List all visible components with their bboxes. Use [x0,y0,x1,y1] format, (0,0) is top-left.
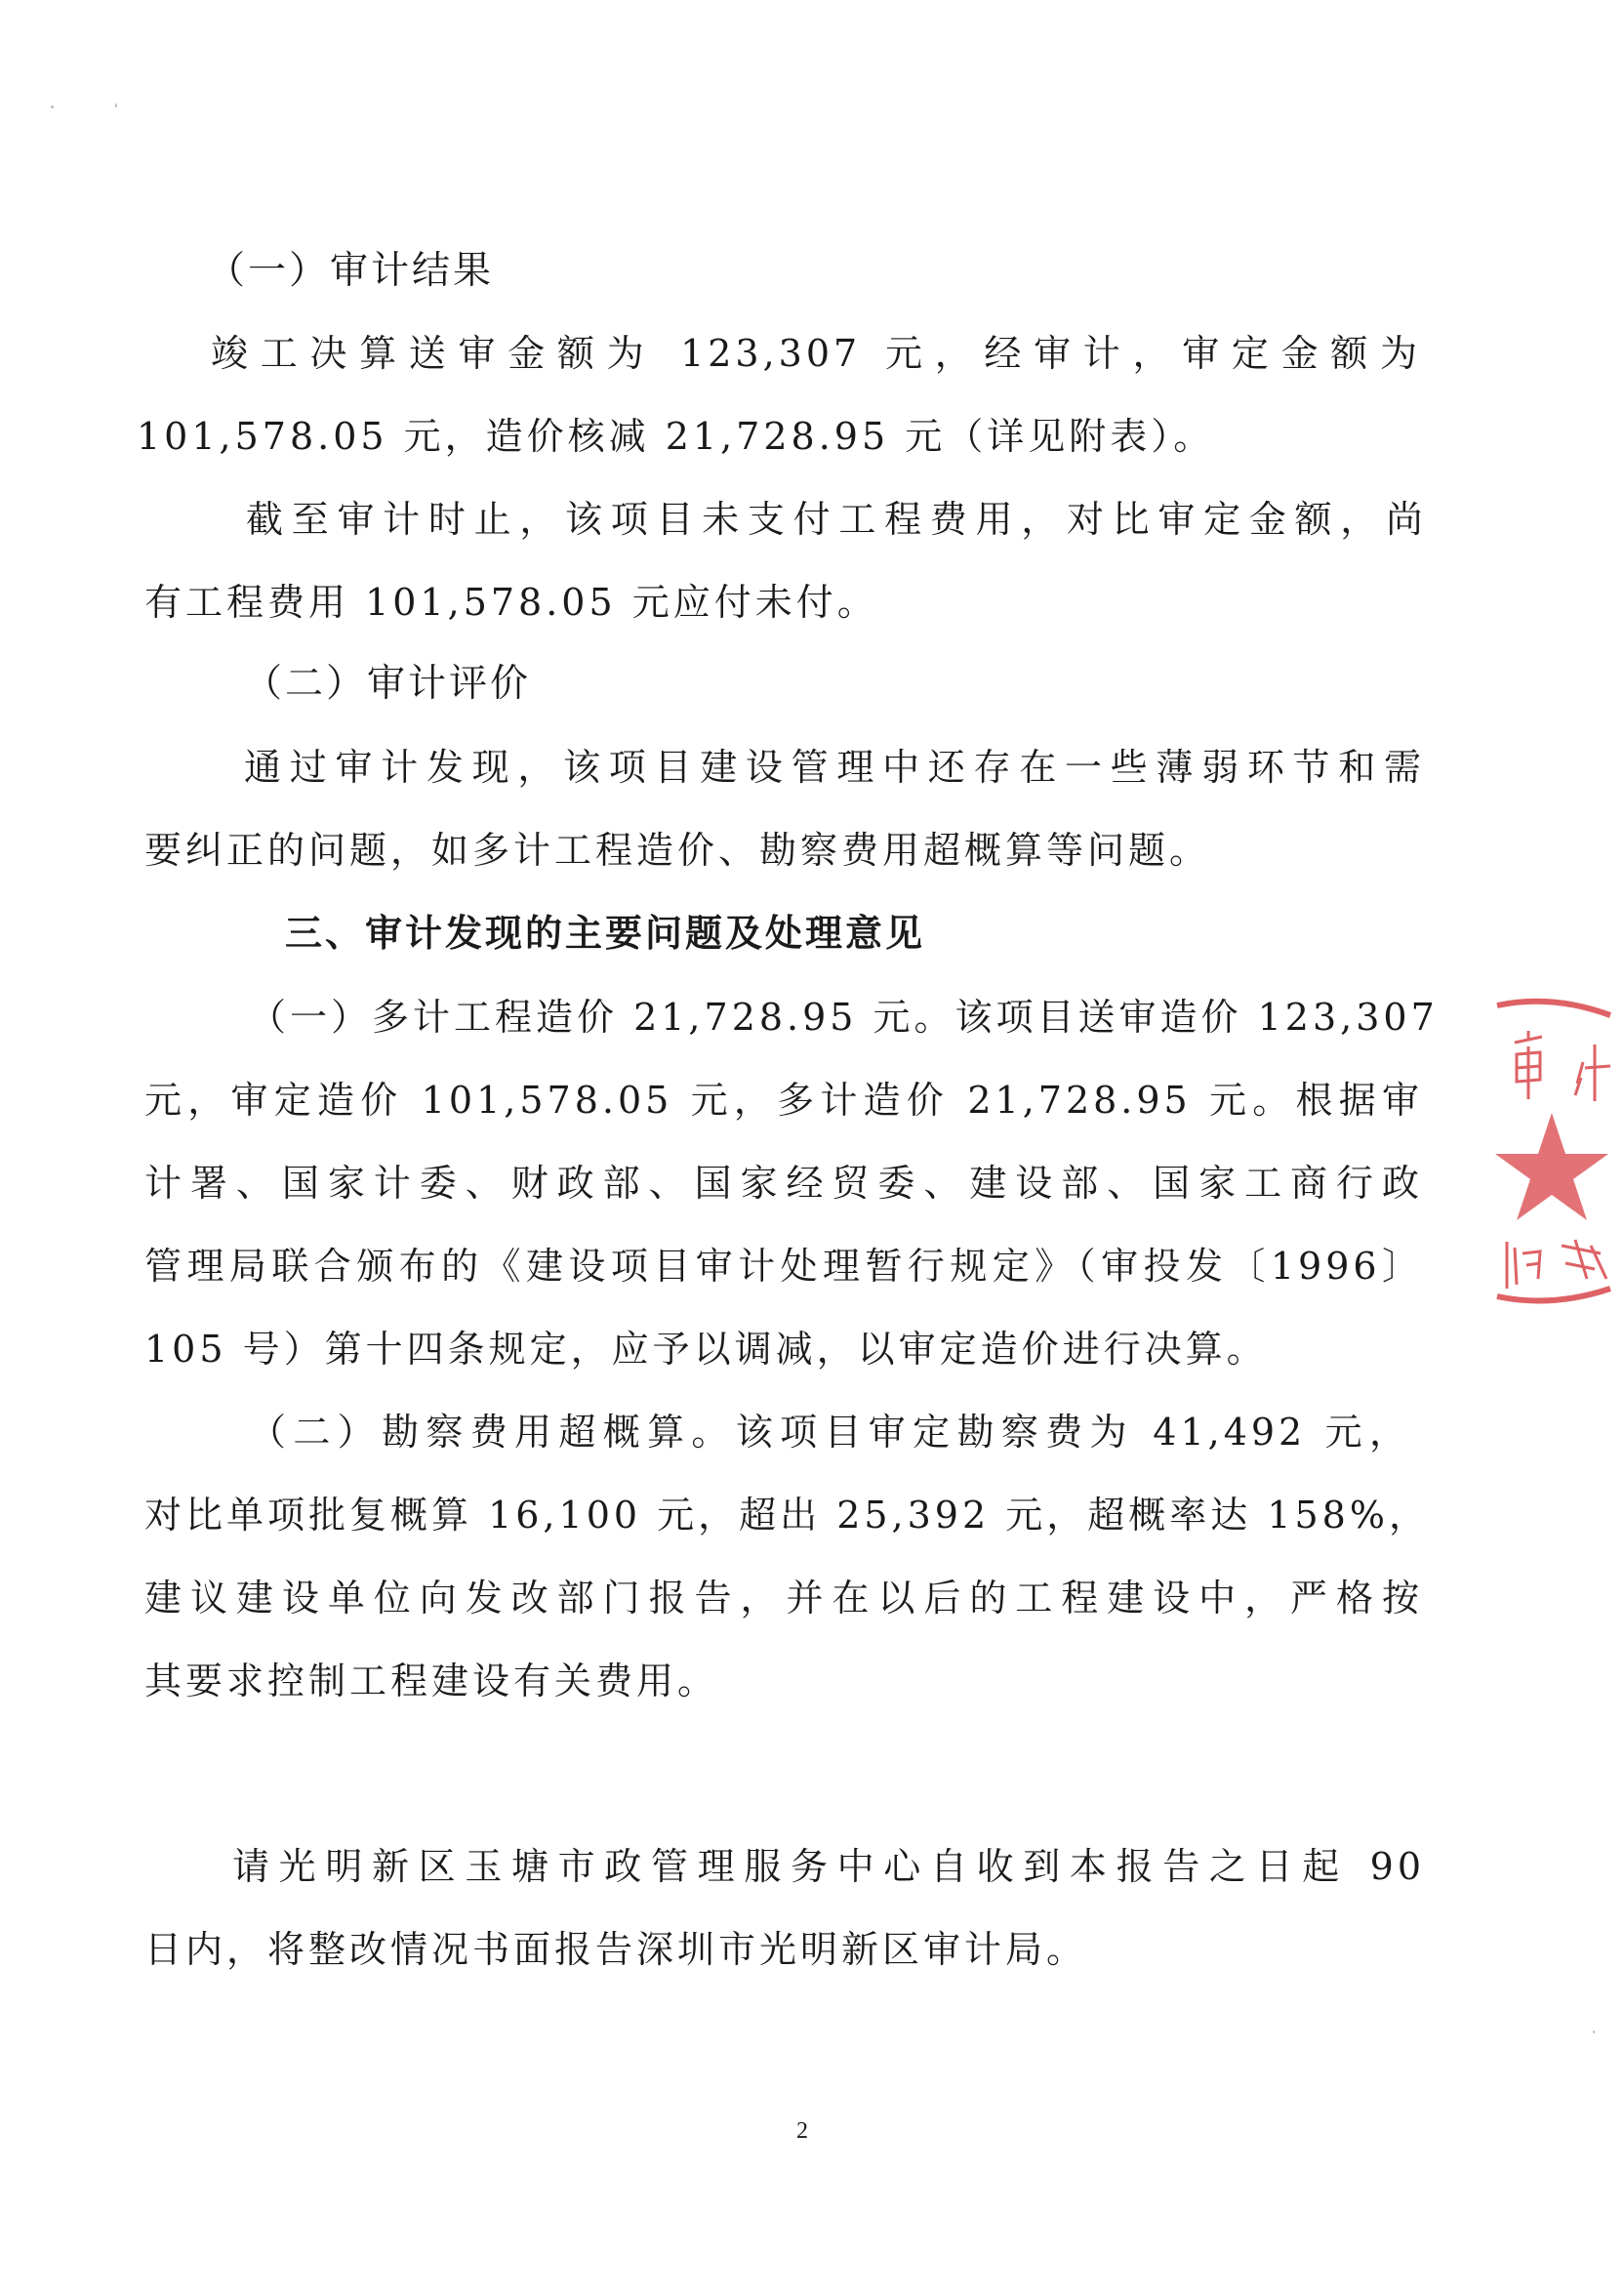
paragraph-line: 有工程费用 101,578.05 元应付未付。 [144,579,878,626]
page-number: 2 [796,2118,808,2145]
scan-speck [1593,2030,1595,2033]
paragraph-line: 管理局联合颁布的《建设项目审计处理暂行规定》（审投发〔1996〕 [144,1243,1423,1290]
paragraph-line: 101,578.05 元，造价核减 21,728.95 元（详见附表）。 [137,413,1214,460]
paragraph-line: 建议建设单位向发改部门报告，并在以后的工程建设中，严格按 [144,1575,1423,1621]
paragraph-line: 竣工决算送审金额为 123,307 元，经审计，审定金额为 [211,330,1421,377]
scan-speck [115,103,117,107]
paragraph-line: （一）多计工程造价 21,728.95 元。该项目送审造价 123,307 [249,994,1425,1041]
official-seal [1493,986,1624,1308]
section-heading-audit-result: （一）审计结果 [207,248,494,295]
paragraph-line: 要纠正的问题，如多计工程造价、勘察费用超概算等问题。 [144,827,1210,874]
paragraph-line: （二）勘察费用超概算。该项目审定勘察费为 41,492 元， [249,1409,1410,1455]
paragraph-line: 对比单项批复概算 16,100 元，超出 25,392 元，超概率达 158%， [144,1492,1413,1538]
paragraph-line: 计署、国家计委、财政部、国家经贸委、建设部、国家工商行政 [144,1160,1423,1207]
paragraph-line: 截至审计时止，该项目未支付工程费用，对比审定金额，尚 [246,496,1427,543]
paragraph-line: 通过审计发现，该项目建设管理中还存在一些薄弱环节和需 [244,744,1425,791]
section-heading-audit-evaluation: （二）审计评价 [244,661,531,708]
paragraph-line: 请光明新区玉塘市政管理服务中心自收到本报告之日起 90 [232,1843,1425,1890]
seal-icon [1493,986,1624,1308]
paragraph-line: 日内，将整改情况书面报告深圳市光明新区审计局。 [144,1926,1087,1973]
main-heading-issues: 三、审计发现的主要问题及处理意见 [285,910,925,957]
scan-speck [51,105,54,108]
document-page: （一）审计结果 竣工决算送审金额为 123,307 元，经审计，审定金额为 10… [0,0,1624,2296]
paragraph-line: 105 号）第十四条规定，应予以调减，以审定造价进行决算。 [144,1326,1268,1373]
paragraph-line: 其要求控制工程建设有关费用。 [144,1658,718,1704]
paragraph-line: 元，审定造价 101,578.05 元，多计造价 21,728.95 元。根据审 [144,1077,1423,1124]
